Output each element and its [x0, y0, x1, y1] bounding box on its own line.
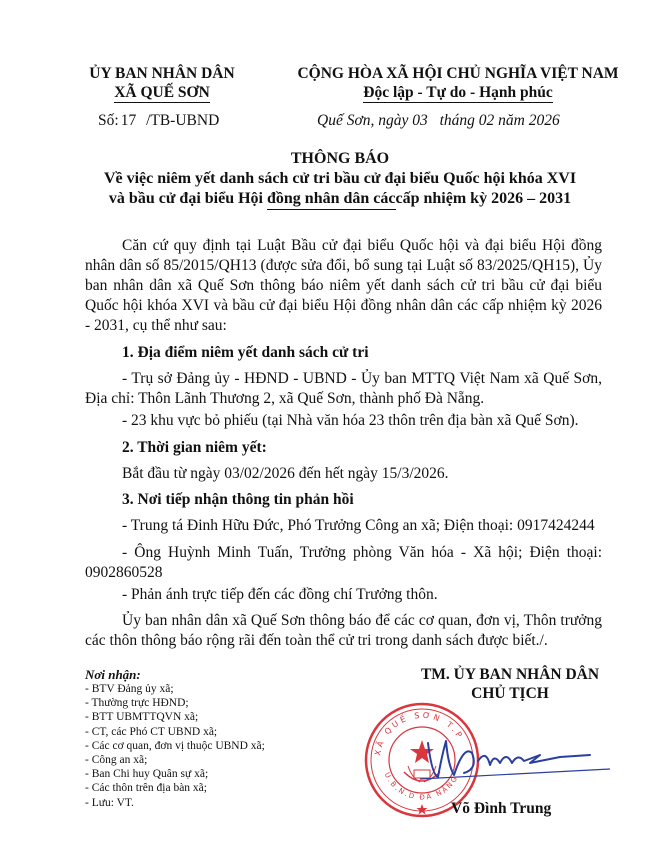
recipient-item: - Các thôn trên địa bàn xã;: [85, 781, 315, 795]
section-1-item-1: - Trụ sở Đảng ủy - HĐND - UBND - Ủy ban …: [85, 369, 602, 409]
handwritten-signature-icon: [420, 735, 620, 785]
subject-line-2: và bầu cử đại biểu Hội đồng nhân dân các…: [60, 189, 620, 209]
section-3-item-2: - Ông Huỳnh Minh Tuấn, Trưởng phòng Văn …: [85, 543, 602, 583]
issuing-authority: ỦY BAN NHÂN DÂN XÃ QUẾ SƠN: [62, 64, 262, 102]
place-date-suffix: tháng 02 năm 2026: [440, 112, 560, 129]
recipient-item: - BTV Đảng ủy xã;: [85, 682, 315, 696]
section-3-heading: 3. Nơi tiếp nhận thông tin phản hồi: [85, 490, 602, 510]
section-2-heading: 2. Thời gian niêm yết:: [85, 438, 602, 458]
recipients-label: Nơi nhận:: [85, 667, 315, 682]
doc-code: /TB-UBND: [146, 112, 219, 129]
recipient-item: - Công an xã;: [85, 753, 315, 767]
section-1-heading: 1. Địa điểm niêm yết danh sách cử tri: [85, 343, 602, 363]
document-number: Số:17 /TB-UBND: [98, 111, 219, 130]
recipient-item: - Lưu: VT.: [85, 796, 315, 810]
place-date: Quế Sơn, ngày 03 tháng 02 năm 2026: [317, 111, 560, 130]
document-type: THÔNG BÁO: [60, 149, 620, 169]
section-3-item-1: - Trung tá Đinh Hữu Đức, Phó Trưởng Công…: [85, 516, 602, 536]
recipient-item: - Thường trực HĐND;: [85, 696, 315, 710]
place-date-prefix: Quế Sơn, ngày 03: [317, 112, 428, 129]
recipient-item: - Ban Chi huy Quân sự xã;: [85, 767, 315, 781]
national-title: CỘNG HÒA XÃ HỘI CHỦ NGHĨA VIỆT NAM: [283, 64, 633, 83]
section-3-item-3: - Phản ánh trực tiếp đến các đồng chí Tr…: [85, 585, 602, 605]
doc-number-label: Số:: [98, 112, 119, 129]
org-line-1: ỦY BAN NHÂN DÂN: [62, 64, 262, 83]
section-1-item-2: - 23 khu vực bỏ phiếu (tại Nhà văn hóa 2…: [85, 411, 602, 431]
signature-header: TM. ỦY BAN NHÂN DÂN CHỦ TỊCH: [380, 665, 640, 703]
document-title: THÔNG BÁO Về việc niêm yết danh sách cử …: [60, 149, 620, 209]
section-2-item-1: Bắt đầu từ ngày 03/02/2026 đến hết ngày …: [85, 464, 602, 484]
national-motto: Độc lập - Tự do - Hạnh phúc: [363, 83, 552, 102]
subject-line-1: Về việc niêm yết danh sách cử tri bầu cử…: [60, 169, 620, 189]
intro-paragraph: Căn cứ quy định tại Luật Bầu cử đại biểu…: [85, 236, 602, 336]
recipient-item: - BTT UBMTTQVN xã;: [85, 710, 315, 724]
recipients-block: Nơi nhận: - BTV Đảng ủy xã; - Thường trự…: [85, 667, 315, 810]
on-behalf-label: TM. ỦY BAN NHÂN DÂN: [380, 665, 640, 684]
org-line-2: XÃ QUẾ SƠN: [114, 83, 210, 102]
signer-name: Võ Đình Trung: [451, 800, 551, 818]
national-header: CỘNG HÒA XÃ HỘI CHỦ NGHĨA VIỆT NAM Độc l…: [283, 64, 633, 102]
recipient-item: - Các cơ quan, đơn vị thuộc UBND xã;: [85, 739, 315, 753]
doc-number-value: 17: [121, 112, 137, 129]
closing-paragraph: Ủy ban nhân dân xã Quế Sơn thông báo để …: [85, 611, 602, 651]
recipient-item: - CT, các Phó CT UBND xã;: [85, 725, 315, 739]
